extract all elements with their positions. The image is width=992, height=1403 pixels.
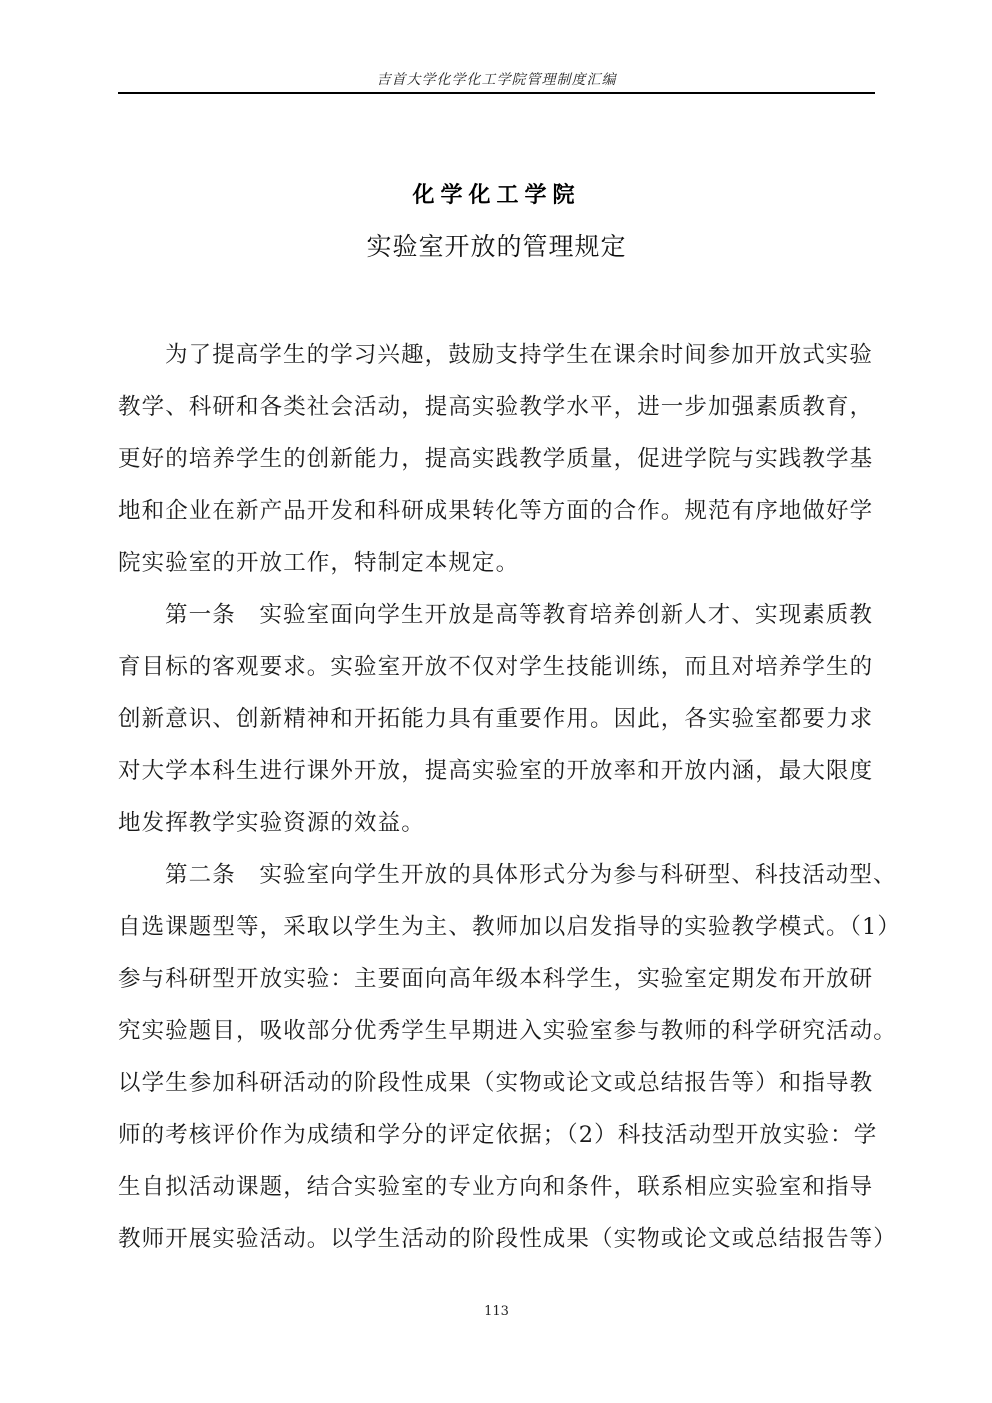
header-rule	[118, 92, 875, 94]
text-line: 为了提高学生的学习兴趣，鼓励支持学生在课余时间参加开放式实验	[118, 333, 873, 385]
document-page: 吉首大学化学化工学院管理制度汇编 化学化工学院 实验室开放的管理规定 为了提高学…	[0, 0, 992, 1403]
text-line: 师的考核评价作为成绩和学分的评定依据；（2）科技活动型开放实验：学	[118, 1113, 873, 1165]
running-header: 吉首大学化学化工学院管理制度汇编	[118, 71, 875, 89]
paragraph-preamble: 为了提高学生的学习兴趣，鼓励支持学生在课余时间参加开放式实验 教学、科研和各类社…	[118, 333, 878, 593]
text-line: 第一条 实验室面向学生开放是高等教育培养创新人才、实现素质教	[118, 593, 873, 645]
document-title: 实验室开放的管理规定	[118, 230, 875, 264]
text-line: 更好的培养学生的创新能力，提高实践教学质量，促进学院与实践教学基	[118, 437, 873, 489]
text-line: 地发挥教学实验资源的效益。	[118, 801, 878, 853]
text-line: 育目标的客观要求。实验室开放不仅对学生技能训练，而且对培养学生的	[118, 645, 873, 697]
paragraph-article-2: 第二条 实验室向学生开放的具体形式分为参与科研型、科技活动型、 自选课题型等，采…	[118, 853, 878, 1269]
text-line: 自选课题型等，采取以学生为主、教师加以启发指导的实验教学模式。（1）	[118, 905, 873, 957]
text-line: 院实验室的开放工作，特制定本规定。	[118, 541, 878, 593]
text-line: 第二条 实验室向学生开放的具体形式分为参与科研型、科技活动型、	[118, 853, 873, 905]
college-title: 化学化工学院	[118, 181, 875, 209]
text-line: 地和企业在新产品开发和科研成果转化等方面的合作。规范有序地做好学	[118, 489, 873, 541]
text-line: 生自拟活动课题，结合实验室的专业方向和条件，联系相应实验室和指导	[118, 1165, 873, 1217]
text-line: 以学生参加科研活动的阶段性成果（实物或论文或总结报告等）和指导教	[118, 1061, 873, 1113]
page-number: 113	[118, 1304, 875, 1320]
text-line: 参与科研型开放实验：主要面向高年级本科学生，实验室定期发布开放研	[118, 957, 873, 1009]
text-line: 究实验题目，吸收部分优秀学生早期进入实验室参与教师的科学研究活动。	[118, 1009, 873, 1061]
text-line: 创新意识、创新精神和开拓能力具有重要作用。因此，各实验室都要力求	[118, 697, 873, 749]
document-body: 为了提高学生的学习兴趣，鼓励支持学生在课余时间参加开放式实验 教学、科研和各类社…	[118, 333, 878, 1269]
text-line: 教师开展实验活动。以学生活动的阶段性成果（实物或论文或总结报告等）	[118, 1217, 873, 1269]
text-line: 对大学本科生进行课外开放，提高实验室的开放率和开放内涵，最大限度	[118, 749, 873, 801]
paragraph-article-1: 第一条 实验室面向学生开放是高等教育培养创新人才、实现素质教 育目标的客观要求。…	[118, 593, 878, 853]
text-line: 教学、科研和各类社会活动，提高实验教学水平，进一步加强素质教育，	[118, 385, 873, 437]
